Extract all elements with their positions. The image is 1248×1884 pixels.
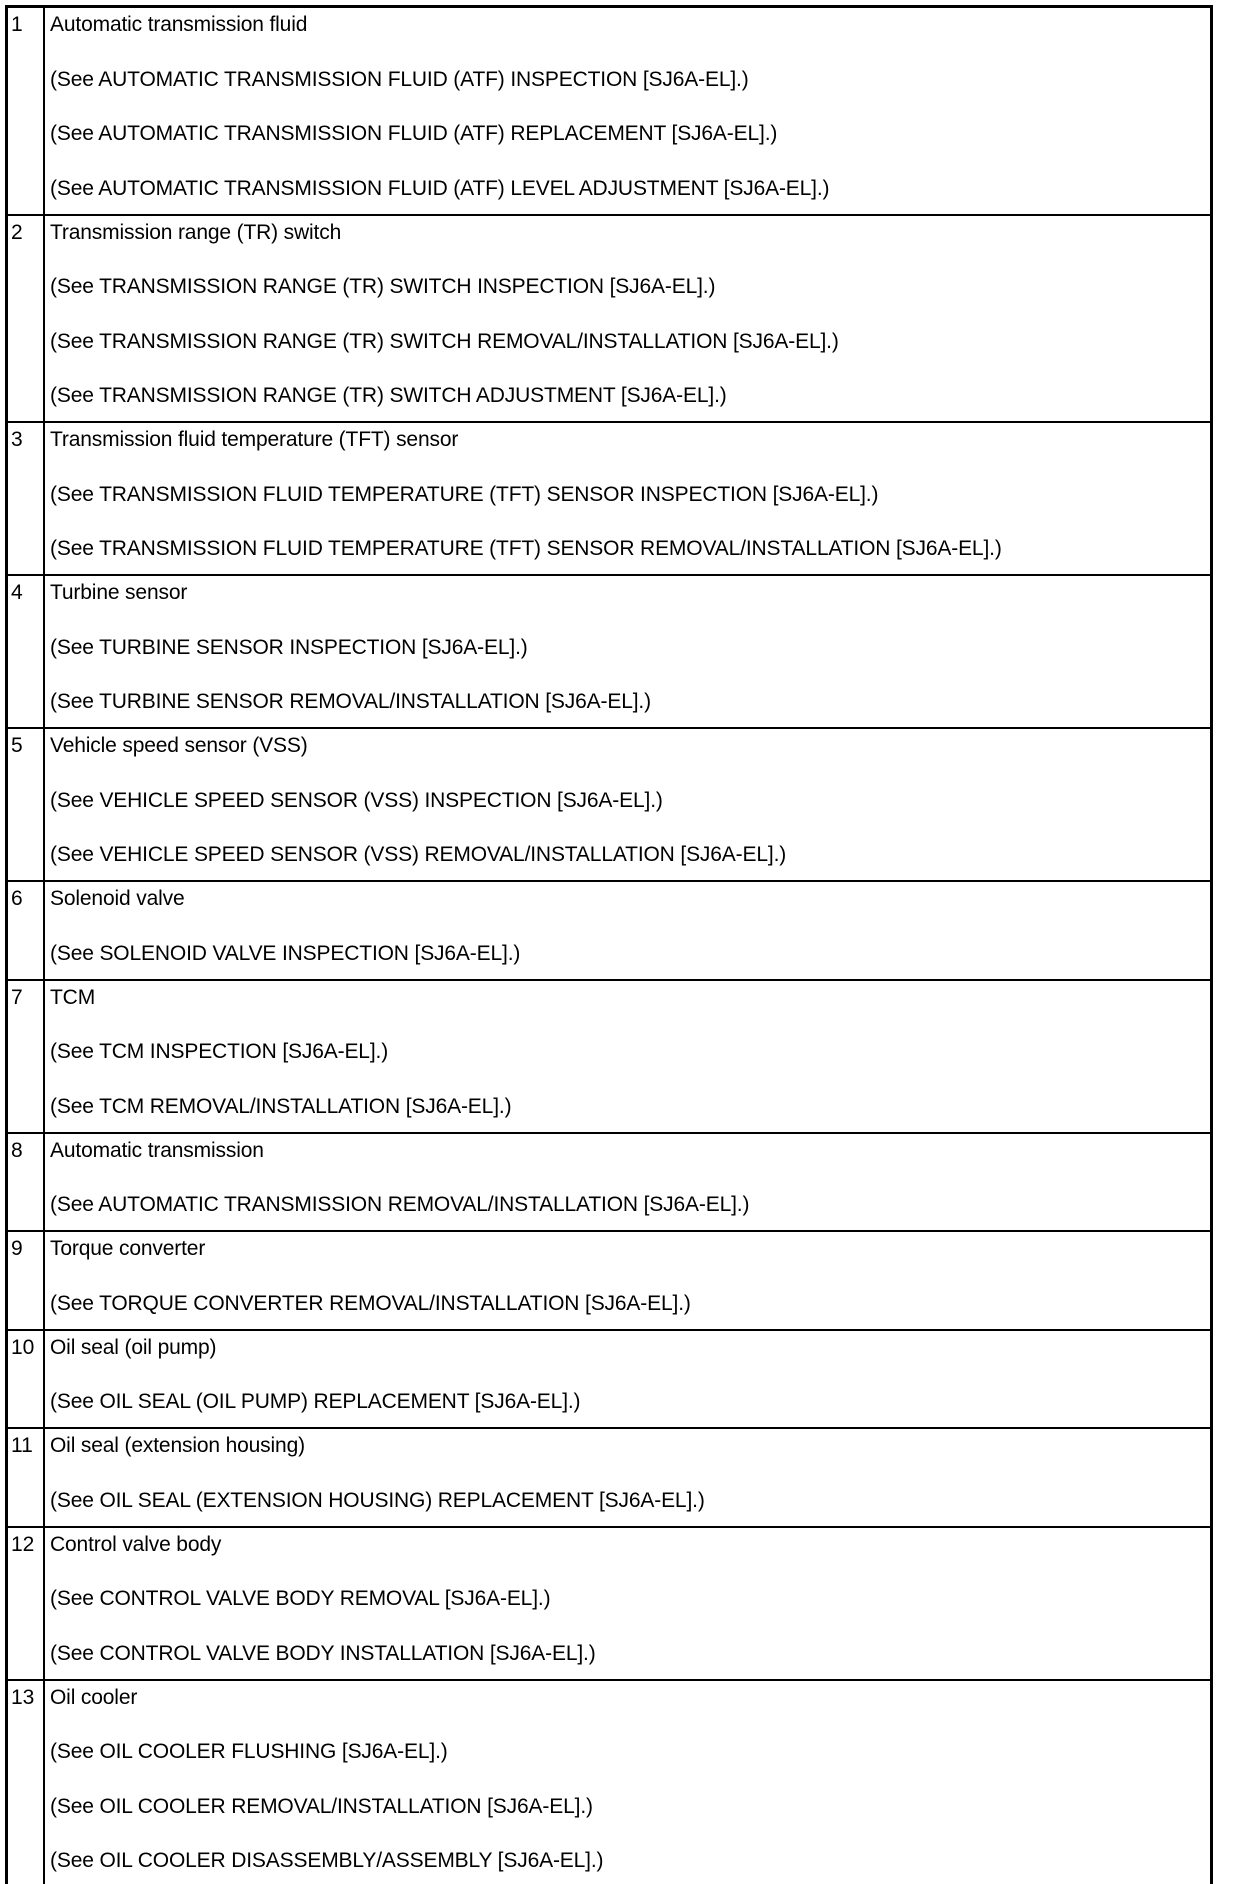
table-row: 2Transmission range (TR) switch(See TRAN…	[8, 214, 1210, 422]
item-number: 4	[8, 576, 45, 727]
item-title: Transmission fluid temperature (TFT) sen…	[50, 429, 1210, 450]
reference-link[interactable]: (See TORQUE CONVERTER REMOVAL/INSTALLATI…	[50, 1293, 1210, 1314]
item-number: 11	[8, 1429, 45, 1526]
item-number: 13	[8, 1681, 45, 1884]
item-cell: Automatic transmission fluid(See AUTOMAT…	[45, 8, 1210, 214]
item-number: 10	[8, 1331, 45, 1428]
item-cell: Solenoid valve(See SOLENOID VALVE INSPEC…	[45, 882, 1210, 979]
table-row: 12Control valve body(See CONTROL VALVE B…	[8, 1526, 1210, 1679]
table-row: 10Oil seal (oil pump)(See OIL SEAL (OIL …	[8, 1329, 1210, 1428]
table-row: 3Transmission fluid temperature (TFT) se…	[8, 421, 1210, 574]
reference-link[interactable]: (See OIL COOLER FLUSHING [SJ6A-EL].)	[50, 1741, 1210, 1762]
reference-link[interactable]: (See OIL SEAL (OIL PUMP) REPLACEMENT [SJ…	[50, 1391, 1210, 1412]
reference-link[interactable]: (See VEHICLE SPEED SENSOR (VSS) INSPECTI…	[50, 790, 1210, 811]
item-cell: Torque converter(See TORQUE CONVERTER RE…	[45, 1232, 1210, 1329]
item-cell: Automatic transmission(See AUTOMATIC TRA…	[45, 1134, 1210, 1231]
item-number: 9	[8, 1232, 45, 1329]
reference-link[interactable]: (See CONTROL VALVE BODY REMOVAL [SJ6A-EL…	[50, 1588, 1210, 1609]
reference-link[interactable]: (See TCM REMOVAL/INSTALLATION [SJ6A-EL].…	[50, 1096, 1210, 1117]
item-number: 7	[8, 981, 45, 1132]
reference-link[interactable]: (See TRANSMISSION RANGE (TR) SWITCH INSP…	[50, 276, 1210, 297]
item-cell: Control valve body(See CONTROL VALVE BOD…	[45, 1528, 1210, 1679]
reference-link[interactable]: (See OIL COOLER DISASSEMBLY/ASSEMBLY [SJ…	[50, 1850, 1210, 1871]
item-cell: Oil seal (extension housing)(See OIL SEA…	[45, 1429, 1210, 1526]
table-row: 5Vehicle speed sensor (VSS)(See VEHICLE …	[8, 727, 1210, 880]
reference-link[interactable]: (See OIL COOLER REMOVAL/INSTALLATION [SJ…	[50, 1796, 1210, 1817]
item-title: Oil seal (oil pump)	[50, 1337, 1210, 1358]
reference-link[interactable]: (See SOLENOID VALVE INSPECTION [SJ6A-EL]…	[50, 943, 1210, 964]
item-number: 2	[8, 216, 45, 422]
table-row: 4Turbine sensor(See TURBINE SENSOR INSPE…	[8, 574, 1210, 727]
item-title: Transmission range (TR) switch	[50, 222, 1210, 243]
item-number: 8	[8, 1134, 45, 1231]
reference-link[interactable]: (See AUTOMATIC TRANSMISSION FLUID (ATF) …	[50, 178, 1210, 199]
item-cell: Vehicle speed sensor (VSS)(See VEHICLE S…	[45, 729, 1210, 880]
reference-link[interactable]: (See TURBINE SENSOR REMOVAL/INSTALLATION…	[50, 691, 1210, 712]
table-row: 8Automatic transmission(See AUTOMATIC TR…	[8, 1132, 1210, 1231]
reference-link[interactable]: (See TURBINE SENSOR INSPECTION [SJ6A-EL]…	[50, 637, 1210, 658]
table-row: 1Automatic transmission fluid(See AUTOMA…	[8, 8, 1210, 214]
reference-link[interactable]: (See TRANSMISSION FLUID TEMPERATURE (TFT…	[50, 484, 1210, 505]
reference-link[interactable]: (See TRANSMISSION FLUID TEMPERATURE (TFT…	[50, 538, 1210, 559]
item-title: Oil seal (extension housing)	[50, 1435, 1210, 1456]
item-number: 5	[8, 729, 45, 880]
table-row: 9Torque converter(See TORQUE CONVERTER R…	[8, 1230, 1210, 1329]
item-number: 1	[8, 8, 45, 214]
item-cell: Oil cooler(See OIL COOLER FLUSHING [SJ6A…	[45, 1681, 1210, 1884]
table-row: 13Oil cooler(See OIL COOLER FLUSHING [SJ…	[8, 1679, 1210, 1884]
item-number: 3	[8, 423, 45, 574]
item-title: Oil cooler	[50, 1687, 1210, 1708]
item-title: Solenoid valve	[50, 888, 1210, 909]
item-cell: Transmission range (TR) switch(See TRANS…	[45, 216, 1210, 422]
table-row: 7TCM(See TCM INSPECTION [SJ6A-EL].)(See …	[8, 979, 1210, 1132]
reference-link[interactable]: (See CONTROL VALVE BODY INSTALLATION [SJ…	[50, 1643, 1210, 1664]
table-row: 11Oil seal (extension housing)(See OIL S…	[8, 1427, 1210, 1526]
item-cell: TCM(See TCM INSPECTION [SJ6A-EL].)(See T…	[45, 981, 1210, 1132]
item-title: Vehicle speed sensor (VSS)	[50, 735, 1210, 756]
item-title: Automatic transmission fluid	[50, 14, 1210, 35]
item-title: TCM	[50, 987, 1210, 1008]
reference-link[interactable]: (See OIL SEAL (EXTENSION HOUSING) REPLAC…	[50, 1490, 1210, 1511]
reference-link[interactable]: (See TRANSMISSION RANGE (TR) SWITCH ADJU…	[50, 385, 1210, 406]
item-number: 12	[8, 1528, 45, 1679]
reference-link[interactable]: (See AUTOMATIC TRANSMISSION REMOVAL/INST…	[50, 1194, 1210, 1215]
item-title: Torque converter	[50, 1238, 1210, 1259]
item-title: Control valve body	[50, 1534, 1210, 1555]
item-number: 6	[8, 882, 45, 979]
reference-link[interactable]: (See AUTOMATIC TRANSMISSION FLUID (ATF) …	[50, 123, 1210, 144]
reference-link[interactable]: (See AUTOMATIC TRANSMISSION FLUID (ATF) …	[50, 69, 1210, 90]
reference-link[interactable]: (See VEHICLE SPEED SENSOR (VSS) REMOVAL/…	[50, 844, 1210, 865]
table-row: 6Solenoid valve(See SOLENOID VALVE INSPE…	[8, 880, 1210, 979]
reference-link[interactable]: (See TRANSMISSION RANGE (TR) SWITCH REMO…	[50, 331, 1210, 352]
component-reference-table: 1Automatic transmission fluid(See AUTOMA…	[5, 5, 1213, 1884]
item-title: Automatic transmission	[50, 1140, 1210, 1161]
reference-link[interactable]: (See TCM INSPECTION [SJ6A-EL].)	[50, 1041, 1210, 1062]
item-cell: Transmission fluid temperature (TFT) sen…	[45, 423, 1210, 574]
item-title: Turbine sensor	[50, 582, 1210, 603]
item-cell: Turbine sensor(See TURBINE SENSOR INSPEC…	[45, 576, 1210, 727]
item-cell: Oil seal (oil pump)(See OIL SEAL (OIL PU…	[45, 1331, 1210, 1428]
